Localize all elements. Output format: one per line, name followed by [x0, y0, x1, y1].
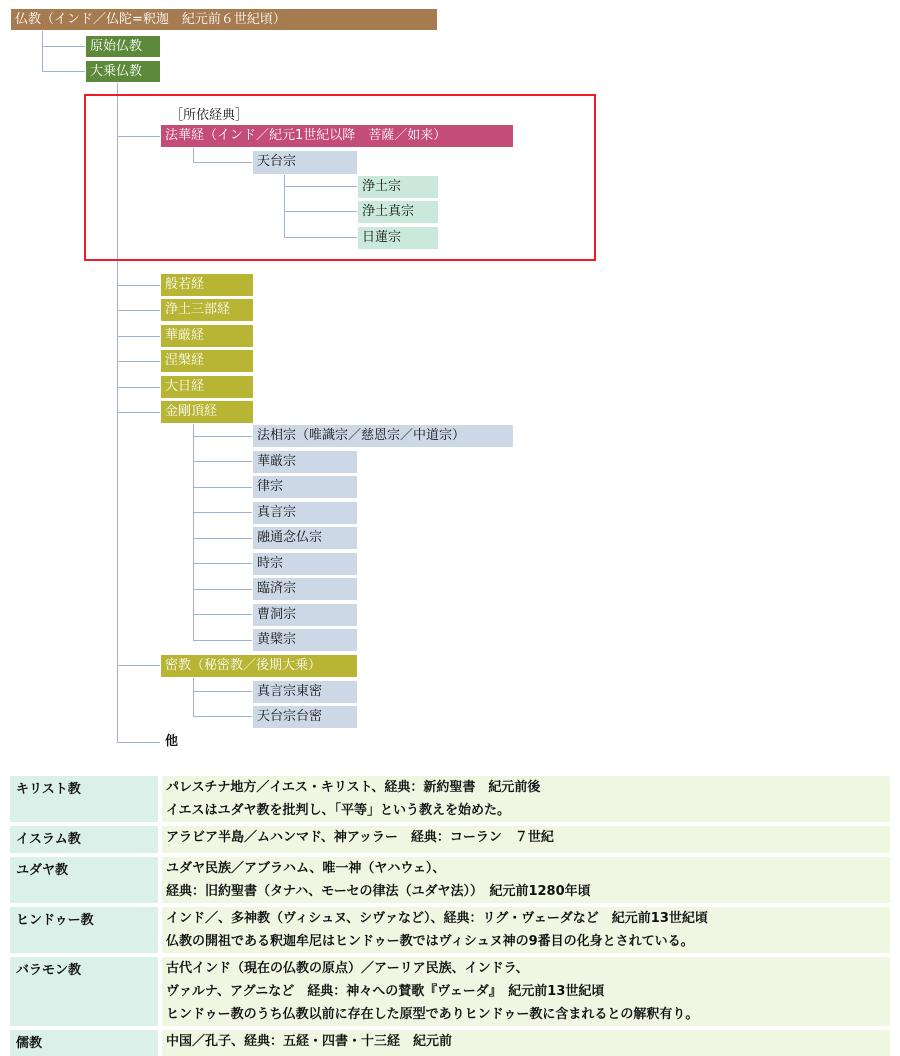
religion-name: イスラム教 [10, 826, 158, 853]
connector [284, 186, 357, 187]
school-node-rinzai[interactable]: 臨済宗 [252, 577, 358, 601]
sutra-node-nirvana[interactable]: 涅槃経 [160, 349, 254, 373]
connector [193, 424, 194, 640]
highlight-frame-lotus-sutra [84, 94, 596, 261]
connector [117, 665, 160, 666]
connector [193, 162, 252, 163]
sutra-node-prajnaparamita[interactable]: 般若経 [160, 273, 254, 297]
connector [117, 285, 160, 286]
religion-name: ヒンドゥー教 [10, 907, 158, 953]
school-node-ritsu[interactable]: 律宗 [252, 475, 358, 499]
connector [193, 538, 252, 539]
description-line: 経典：旧約聖書（タナハ、モーセの律法（ユダヤ法）） 紀元前1280年頃 [166, 880, 886, 903]
school-node-shingon[interactable]: 真言宗 [252, 501, 358, 525]
description-line: イエスはユダヤ教を批判し、「平等」という教えを始めた。 [166, 799, 886, 822]
school-node-tendai[interactable]: 天台宗 [252, 150, 358, 175]
scripture-heading: ［所依経典］ [170, 104, 248, 123]
religions-table: キリスト教 パレスチナ地方／イエス・キリスト、経典：新約聖書 紀元前後 イエスは… [10, 776, 890, 1056]
sutra-node-esoteric[interactable]: 密教（秘密教／後期大乗） [160, 654, 358, 678]
school-node-soto[interactable]: 曹洞宗 [252, 603, 358, 627]
connector [193, 716, 252, 717]
branch-node-primitive-buddhism[interactable]: 原始仏教 [85, 35, 161, 58]
connector [117, 310, 160, 311]
connector [117, 136, 160, 137]
religion-description: アラビア半島／ムハンマド、神アッラー 経典：コーラン ７世紀 [162, 826, 890, 853]
connector [42, 46, 85, 47]
table-row: キリスト教 パレスチナ地方／イエス・キリスト、経典：新約聖書 紀元前後 イエスは… [10, 776, 890, 822]
description-line: パレスチナ地方／イエス・キリスト、経典：新約聖書 紀元前後 [166, 776, 886, 799]
school-node-nichiren[interactable]: 日蓮宗 [357, 226, 439, 250]
connector [117, 387, 160, 388]
table-row: 儒教 中国／孔子、経典：五経・四書・十三経 紀元前 [10, 1030, 890, 1056]
sutra-node-pure-land-triple[interactable]: 浄土三部経 [160, 298, 254, 322]
connector [284, 237, 357, 238]
sutra-node-lotus[interactable]: 法華経（インド／紀元1世紀以降 菩薩／如来） [160, 124, 514, 148]
school-node-jodo[interactable]: 浄土宗 [357, 175, 439, 199]
school-node-hosso[interactable]: 法相宗（唯識宗／慈恩宗／中道宗） [252, 424, 514, 448]
school-node-jodo-shin[interactable]: 浄土真宗 [357, 200, 439, 224]
connector [193, 512, 252, 513]
religion-description: パレスチナ地方／イエス・キリスト、経典：新約聖書 紀元前後 イエスはユダヤ教を批… [162, 776, 890, 822]
connector [193, 148, 194, 162]
school-node-obaku[interactable]: 黄檗宗 [252, 628, 358, 652]
connector [193, 487, 252, 488]
connector [42, 31, 43, 71]
connector [284, 211, 357, 212]
religion-name: キリスト教 [10, 776, 158, 822]
school-node-ji[interactable]: 時宗 [252, 552, 358, 576]
sutra-node-vajrasekhara[interactable]: 金剛頂経 [160, 400, 254, 424]
school-node-shingon-tomitsu[interactable]: 真言宗東密 [252, 680, 358, 704]
connector [193, 436, 252, 437]
connector [193, 640, 252, 641]
table-row: バラモン教 古代インド（現在の仏教の原点）／アーリア民族、インドラ、 ヴァルナ、… [10, 957, 890, 1026]
religion-description: ユダヤ民族／アブラハム、唯一神（ヤハウェ）、 経典：旧約聖書（タナハ、モーセの律… [162, 857, 890, 903]
connector [193, 691, 252, 692]
school-node-yuzu-nembutsu[interactable]: 融通念仏宗 [252, 526, 358, 550]
connector [193, 589, 252, 590]
religion-description: 中国／孔子、経典：五経・四書・十三経 紀元前 [162, 1030, 890, 1056]
school-node-kegon[interactable]: 華厳宗 [252, 450, 358, 474]
sutra-node-avatamsaka[interactable]: 華厳経 [160, 324, 254, 348]
description-line: インド／、多神教（ヴィシュヌ、シヴァなど）、経典：リグ・ヴェーダなど 紀元前13… [166, 907, 886, 930]
connector [193, 678, 194, 716]
description-line: 仏教の開祖である釈迦牟尼はヒンドゥー教ではヴィシュヌ神の9番目の化身とされている… [166, 930, 886, 953]
connector [117, 742, 160, 743]
connector [284, 175, 285, 237]
table-row: ヒンドゥー教 インド／、多神教（ヴィシュヌ、シヴァなど）、経典：リグ・ヴェーダな… [10, 907, 890, 953]
religion-name: ユダヤ教 [10, 857, 158, 903]
description-line: アラビア半島／ムハンマド、神アッラー 経典：コーラン ７世紀 [166, 826, 886, 849]
node-other[interactable]: 他 [160, 730, 200, 754]
religion-description: 古代インド（現在の仏教の原点）／アーリア民族、インドラ、 ヴァルナ、アグニなど … [162, 957, 890, 1026]
table-row: ユダヤ教 ユダヤ民族／アブラハム、唯一神（ヤハウェ）、 経典：旧約聖書（タナハ、… [10, 857, 890, 903]
religion-description: インド／、多神教（ヴィシュヌ、シヴァなど）、経典：リグ・ヴェーダなど 紀元前13… [162, 907, 890, 953]
religion-name: 儒教 [10, 1030, 158, 1056]
root-node-buddhism[interactable]: 仏教（インド／仏陀=釈迦 紀元前６世紀頃） [10, 8, 438, 31]
description-line: ヴァルナ、アグニなど 経典：神々への賛歌『ヴェーダ』 紀元前13世紀頃 [166, 980, 886, 1003]
branch-node-mahayana-buddhism[interactable]: 大乗仏教 [85, 60, 161, 83]
table-row: イスラム教 アラビア半島／ムハンマド、神アッラー 経典：コーラン ７世紀 [10, 826, 890, 853]
description-line: 中国／孔子、経典：五経・四書・十三経 紀元前 [166, 1030, 886, 1053]
connector [117, 336, 160, 337]
religion-name: バラモン教 [10, 957, 158, 1026]
school-node-tendai-taimitsu[interactable]: 天台宗台密 [252, 705, 358, 729]
connector [42, 71, 85, 72]
description-line: ユダヤ民族／アブラハム、唯一神（ヤハウェ）、 [166, 857, 886, 880]
connector [117, 361, 160, 362]
description-line: ヒンドゥー教のうち仏教以前に存在した原型でありヒンドゥー教に含まれるとの解釈有り… [166, 1003, 886, 1026]
connector [117, 412, 160, 413]
connector [193, 461, 252, 462]
sutra-node-mahavairocana[interactable]: 大日経 [160, 375, 254, 399]
description-line: 古代インド（現在の仏教の原点）／アーリア民族、インドラ、 [166, 957, 886, 980]
connector [193, 614, 252, 615]
connector [193, 563, 252, 564]
